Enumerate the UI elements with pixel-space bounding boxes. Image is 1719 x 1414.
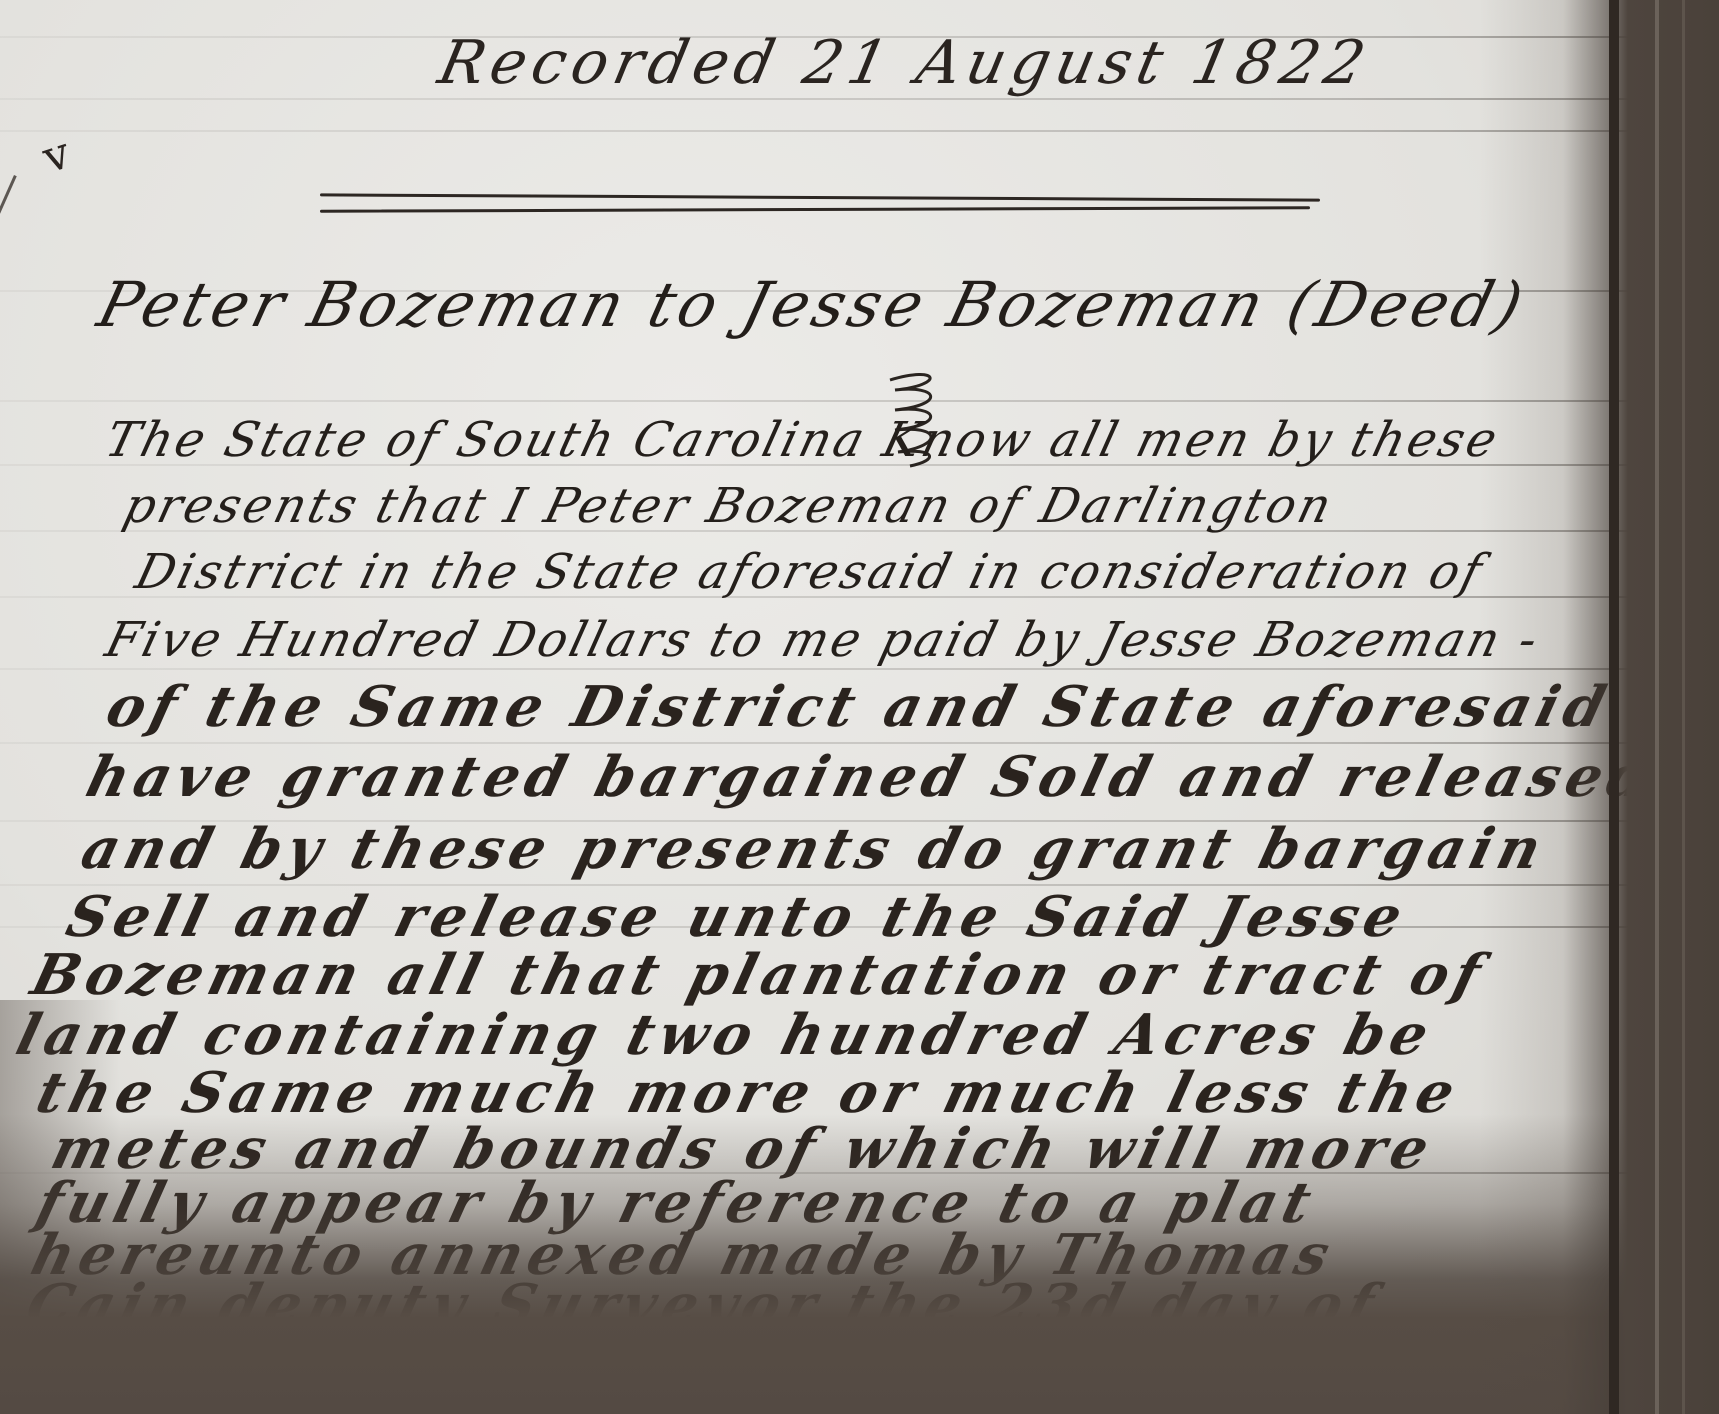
binding-edge-line (1655, 0, 1659, 1414)
deed-line-5: of the Same District and State aforesaid (100, 674, 1618, 740)
binding-edge-line (1682, 0, 1685, 1414)
deed-line-9: Bozeman all that plantation or tract of (25, 942, 1493, 1008)
ruling-line (0, 400, 1650, 402)
deed-line-7: and by these presents do grant bargain (75, 816, 1554, 882)
deed-line-10: land containing two hundred Acres be (10, 1002, 1441, 1068)
margin-slash-mark (0, 175, 17, 336)
scan-shadow-bottom (0, 1114, 1719, 1414)
binding-edge-line (1609, 0, 1619, 1414)
heading-underline (320, 206, 1310, 212)
deed-line-3: District in the State aforesaid in consi… (130, 544, 1490, 600)
deed-line-8: Sell and release unto the Said Jesse (60, 884, 1415, 950)
heading-underline (320, 193, 1320, 201)
deed-line-2: presents that I Peter Bozeman of Darling… (118, 478, 1340, 534)
deed-line-4: Five Hundred Dollars to me paid by Jesse… (100, 612, 1546, 668)
margin-check-mark: v (37, 127, 76, 183)
ruling-line (0, 668, 1650, 670)
scanned-ledger-page: v Recorded 21 August 1822 Peter Bozeman … (0, 0, 1719, 1414)
recorded-date-heading: Recorded 21 August 1822 (433, 28, 1377, 98)
deed-line-6: have granted bargained Sold and released (80, 744, 1662, 810)
ruling-line (0, 130, 1650, 132)
deed-line-1: The State of South Carolina Know all men… (100, 412, 1505, 468)
ruling-line (0, 98, 1650, 100)
deed-title: Peter Bozeman to Jesse Bozeman (Deed) (91, 268, 1534, 341)
